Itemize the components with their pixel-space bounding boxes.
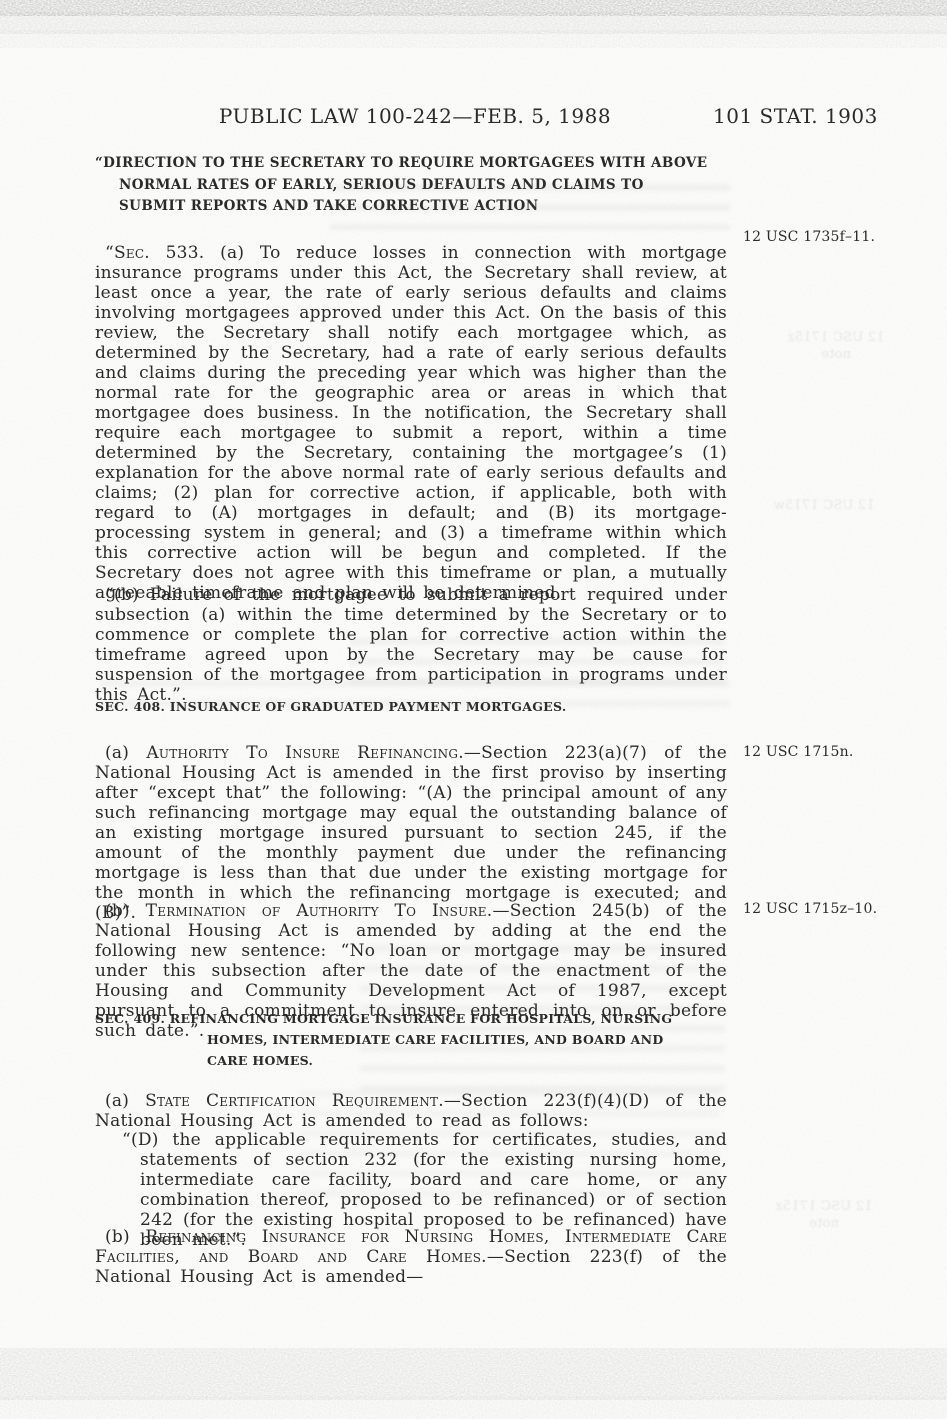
margin-note-usc-1715n: 12 USC 1715n. <box>743 744 943 761</box>
quoted-heading-direction-to-secretary: “DIRECTION TO THE SECRETARY TO REQUIRE M… <box>95 153 715 218</box>
paragraph-sec533a: “Sec. 533. (a) To reduce losses in conne… <box>95 243 727 603</box>
header-law-title: PUBLIC LAW 100-242—FEB. 5, 1988 <box>95 104 735 128</box>
margin-note-usc-1735f-11: 12 USC 1735f–11. <box>743 229 943 246</box>
margin-note-usc-1715z-10: 12 USC 1715z–10. <box>743 901 943 918</box>
paragraph-sec408a: (a) Authority To Insure Refinancing.—Sec… <box>95 743 727 923</box>
statute-page: PUBLIC LAW 100-242—FEB. 5, 1988 101 STAT… <box>0 0 947 1419</box>
bleedthrough-margin-note: 12 USC 1715znote <box>780 329 892 363</box>
bleedthrough-margin-note: 12 USC 1715znote <box>760 1198 888 1232</box>
header-stat-number: 101 STAT. 1903 <box>713 104 878 128</box>
paragraph-sec409b: (b) Refinancing Insurance for Nursing Ho… <box>95 1227 727 1287</box>
paragraph-sec409a: (a) State Certification Requirement.—Sec… <box>95 1091 727 1131</box>
section-heading-408: SEC. 408. INSURANCE OF GRADUATED PAYMENT… <box>95 696 707 717</box>
bleedthrough-margin-note: 12 USC 1715w <box>766 497 882 514</box>
section-heading-409: SEC. 409. REFINANCING MORTGAGE INSURANCE… <box>95 1008 707 1071</box>
paragraph-sec533b: “(b) Failure of the mortgagee to submit … <box>95 585 727 705</box>
